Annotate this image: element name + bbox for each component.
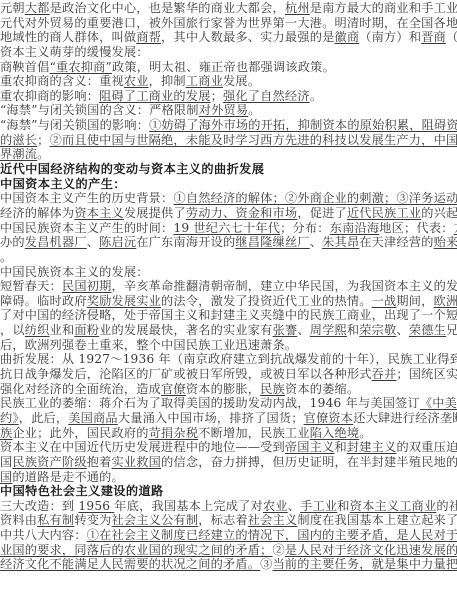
underlined-key-term: 官僚资本 <box>304 411 354 425</box>
text-line: 的滋长；②而且使中国与世隔绝，未能及时学习西方先进的科技以发展生产力，中国逐渐落… <box>0 133 457 148</box>
text-line: 元朝大都是政治文化中心，也是繁华的商业大都会，杭州是南方最大的商业和手工业中心，… <box>0 1 457 16</box>
text-line: “海禁”与闭关锁国的含义：严格限制对外贸易。 <box>0 103 457 118</box>
text-segment: 国 <box>0 455 12 469</box>
text-segment: 中共八大内容： <box>0 528 87 542</box>
underlined-key-term: ②而且使中国与世隔绝，未能及时学习西方先进的科技以发展生产力，中国逐渐落后 <box>50 133 457 147</box>
underlined-key-term: 手工业 <box>300 499 337 513</box>
text-line: 资本主义在中国近代历史发展进程中的地位——受到帝国主义和封建主义的双重压迫。作用… <box>0 440 457 455</box>
text-line: 经济的解体为资本主义发展提供了劳动力、资金和市场，促进了近代民族工业的兴起。 <box>0 206 457 221</box>
text-segment: 、 <box>297 323 309 337</box>
underlined-key-term: ①自然经济的解体；②外商企业的刺激；③洋务运动的诱导 <box>173 191 457 205</box>
text-segment: 中国民族资本主义的发展： <box>0 265 149 279</box>
text-line: 地域性的商人群体，叫做商帮，其中人数最多、实力最强的是徽商（南方）和晋商（北方）… <box>0 30 457 45</box>
underlined-key-term: 阻碍了工商业的发展 <box>99 89 211 103</box>
text-line: 国的道路是走不通的。 <box>0 470 457 485</box>
text-segment: （北方）。 <box>446 30 457 44</box>
text-segment: （南方）和 <box>359 30 421 44</box>
underlined-key-term: 《中美友好通商航 <box>420 396 457 410</box>
text-line: 约》，此后，美国商品大量涌入中国市场，排挤了国货；官僚资本还大肆进行经济垄断，残… <box>0 411 457 426</box>
text-segment: “海禁”与闭关锁国的影响： <box>0 118 149 132</box>
text-segment: 兄弟。一战 <box>446 323 457 337</box>
text-segment: 后，欧洲列强卷土重来，整个中国民族工业迅速萧条。 <box>0 338 297 352</box>
underlined-key-term: 继昌隆缫丝厂 <box>235 235 309 249</box>
underlined-key-term: 荣德生 <box>409 323 446 337</box>
underlined-key-term: “重农抑商” <box>50 60 112 74</box>
text-segment: 资本主义在中国近代历史发展进程中的地位——受到 <box>0 440 285 454</box>
text-segment: 。 <box>248 103 260 117</box>
underlined-key-term: 民族 <box>260 382 285 396</box>
text-segment: 是政治文化中心，也是繁华的商业大都会， <box>50 1 285 15</box>
text-line: 强化对经济的全面统治，造成官僚资本的膨胀，民族资本的萎缩。 <box>0 382 457 397</box>
underlined-key-term: 社会主义公有制 <box>112 513 199 527</box>
underlined-key-term: 农业 <box>263 499 288 513</box>
text-segment: 发展提供了 <box>124 206 186 220</box>
text-segment: 政策，明太祖、雍正帝也都强调该政策。 <box>112 60 335 74</box>
text-segment: 业的发展最快，著名的实业家有 <box>99 323 272 337</box>
text-segment: 重农抑商的含义：重视 <box>0 74 124 88</box>
text-segment: 抗日战争爆发后，沦陷区的厂矿或被日军所毁，或被日军以各种形式 <box>0 367 372 381</box>
underlined-key-term: 业国的要求，同落后的农业国的现实之间的矛盾； <box>0 543 273 557</box>
underlined-key-term: 大都 <box>25 1 50 15</box>
underlined-key-term: 私有制 <box>37 513 74 527</box>
text-line: 资料由私有制转变为社会主义公有制，标志着社会主义制度在我国基本上建立起来了。 <box>0 513 457 528</box>
text-segment: 资本的膨胀， <box>186 382 260 396</box>
text-segment: 企业；此外，国民政府的 <box>12 426 148 440</box>
text-segment: 元朝 <box>0 1 25 15</box>
text-segment: 的法令，激发了投资近代工业的热情。 <box>161 294 372 308</box>
underlined-key-term: 官僚 <box>161 382 186 396</box>
text-segment: 转变为 <box>74 513 111 527</box>
underlined-key-term: 一战 <box>372 294 397 308</box>
underlined-key-term: 陷入绝境 <box>310 426 360 440</box>
text-line: ，以纺织业和面粉业的发展最快，著名的实业家有张謇、周学熙和荣宗敬、荣德生兄弟。一… <box>0 323 457 338</box>
text-segment: 。 <box>0 250 12 264</box>
underlined-key-term: 商帮 <box>136 30 161 44</box>
text-segment: 和 <box>334 440 346 454</box>
text-line: 中国资本主义产生的历史背景：①自然经济的解体；②外商企业的刺激；③洋务运动的诱导… <box>0 191 457 206</box>
underlined-key-term: 欧洲 <box>434 294 457 308</box>
text-segment: ③ <box>260 557 272 571</box>
text-segment: 。 <box>359 426 371 440</box>
text-segment: 抱着 <box>87 455 112 469</box>
text-line: 重农抑商的影响：阻碍了工商业的发展；强化了自然经济。 <box>0 89 457 104</box>
text-line: 界潮流。 <box>0 147 457 162</box>
text-segment: 是南方最大的商业和手工业中心， <box>310 1 457 15</box>
text-segment: ； <box>37 133 49 147</box>
text-segment: 民族工业的萎缩：蒋介石为了取得美国的援助发动内战，1946 年与美国签订 <box>0 396 420 410</box>
text-segment: “海禁”与闭关锁国的含义：严格限制 <box>0 103 199 117</box>
text-segment: 曲折发展：从 1927～1936 年（南京政府建立到抗战爆发前的十年），民族工业… <box>0 352 457 366</box>
underlined-key-term: 东南沿海 <box>330 221 380 235</box>
text-segment: 经济的解体为 <box>0 206 74 220</box>
text-segment: 还大肆进行经济垄断，残酷挤 <box>353 411 457 425</box>
underlined-key-term: 面粉 <box>74 323 99 337</box>
text-segment: 期间， <box>396 294 433 308</box>
text-segment: ② <box>273 543 285 557</box>
underlined-key-term: 杭州 <box>285 1 310 15</box>
text-segment: ；分布： <box>280 221 330 235</box>
underlined-key-term: 的滋长 <box>0 133 37 147</box>
underlined-key-term: 实业救国 <box>112 455 162 469</box>
underlined-key-term: 苛捐杂税 <box>149 426 199 440</box>
text-segment: 发展。 <box>223 74 260 88</box>
underlined-key-term: 发昌机器厂 <box>25 235 87 249</box>
section-heading: 近代中国经济结构的变动与资本主义的曲折发展 <box>0 162 457 177</box>
text-segment: 强化对经济的全面统治，造成 <box>0 382 161 396</box>
text-line: “海禁”与闭关锁国的影响：①妨碍了海外市场的开拓，抑制资本的原始积累，阻碍资本主… <box>0 118 457 133</box>
text-line: 元代对外贸易的重要港口，被外国旅行家誉为世界第一大港。明清时期，在全国各地，涌现… <box>0 16 457 31</box>
underlined-key-term: 奖励发展实业 <box>87 294 161 308</box>
underlined-key-term: 对外贸易 <box>199 103 249 117</box>
text-line: 后，欧洲列强卷土重来，整个中国民族工业迅速萧条。 <box>0 338 457 353</box>
underlined-key-term: ①在社会主义制度已经建立的情况下，国内的主要矛盾，是人民对于建立先进 <box>87 528 457 542</box>
text-segment: ；国统区实施 <box>396 367 457 381</box>
text-segment: 的社会主义改造， <box>436 499 457 513</box>
underlined-key-term: 美国商品 <box>68 411 118 425</box>
text-segment: 中国资本主义产生的历史背景： <box>0 191 173 205</box>
text-segment: 和 <box>337 499 349 513</box>
underlined-key-term: 封建主义 <box>347 440 397 454</box>
text-segment: 。 <box>310 89 322 103</box>
text-segment: 的信念，奋力拼搏，但历史证明，在半封建半殖民地的中国， <box>161 455 457 469</box>
text-segment: ，辛亥革命推翻清朝帝制，建立中华民国，为我国资本主义的发展扫除了 <box>112 279 457 293</box>
text-segment: 中国资本主义的产生： <box>0 177 126 191</box>
underlined-key-term: 族 <box>0 426 12 440</box>
text-segment: 地区；代表： <box>379 221 453 235</box>
underlined-key-term: ①妨碍了海外市场的开拓，抑制资本的原始积累，阻碍资本主义 <box>149 118 457 132</box>
text-segment: 、 <box>396 323 408 337</box>
text-segment: 、 <box>87 235 99 249</box>
underlined-key-term: 荣宗敬 <box>359 323 396 337</box>
text-segment: 不断增加，民族工业 <box>198 426 310 440</box>
underlined-key-term: 徽商 <box>334 30 359 44</box>
text-segment: 资料由 <box>0 513 37 527</box>
underlined-key-term: 吞并 <box>372 367 397 381</box>
text-line: 短暂春天：民国初期，辛亥革命推翻清朝帝制，建立中华民国，为我国资本主义的发展扫除… <box>0 279 457 294</box>
text-segment: 的双重压迫。作用一 <box>396 440 457 454</box>
text-segment: 近代中国经济结构的变动与资本主义的曲折发展 <box>0 162 264 176</box>
text-line: 族企业；此外，国民政府的苛捐杂税不断增加，民族工业陷入绝境。 <box>0 426 457 441</box>
text-segment: 办的 <box>0 235 25 249</box>
underlined-key-term: 纺织 <box>25 323 50 337</box>
text-segment: 和 <box>347 323 359 337</box>
section-heading: 中国特色社会主义建设的道路 <box>0 484 457 499</box>
document-page: 元朝大都是政治文化中心，也是繁华的商业大都会，杭州是南方最大的商业和手工业中心，… <box>0 1 457 572</box>
text-segment: 的兴起。 <box>421 206 457 220</box>
underlined-key-term: 社会主义 <box>248 513 298 527</box>
underlined-key-term: 是人民对于经济文化迅速发展的需要，同 <box>285 543 457 557</box>
underlined-key-term: 民国初期 <box>62 279 112 293</box>
underlined-key-term: 19 世纪六七十年代 <box>173 221 280 235</box>
text-segment: 、 <box>310 235 322 249</box>
underlined-key-term: 劳动力、资金和市场 <box>186 206 298 220</box>
text-segment: 中国特色社会主义建设的道路 <box>0 484 164 498</box>
text-line: 办的发昌机器厂、陈启沅在广东南海开设的继昌隆缫丝厂、朱其昂在天津经营的贻来牟机器… <box>0 235 457 250</box>
underlined-key-term: 帝国主义 <box>285 440 335 454</box>
text-line: 国民族资产阶级抱着实业救国的信念，奋力拼搏，但历史证明，在半封建半殖民地的中国，… <box>0 455 457 470</box>
underlined-key-term: 国 <box>0 470 12 484</box>
underlined-key-term: 资本主义 <box>74 206 124 220</box>
text-segment: 制度在我国基本上建立起来了。 <box>297 513 457 527</box>
text-line: 重农抑商的含义：重视农业，抑制工商业发展。 <box>0 74 457 89</box>
text-segment: 三大改造：到 <box>0 499 78 513</box>
text-segment: 商鞅首倡 <box>0 60 50 74</box>
text-segment: 在天津经营的 <box>359 235 433 249</box>
underlined-key-term: 张謇 <box>273 323 298 337</box>
underlined-key-term: 资本主义工商业 <box>350 499 437 513</box>
underlined-key-term: 农业 <box>124 74 149 88</box>
text-segment: 业和 <box>50 323 75 337</box>
text-line: 经济文化不能满足人民需要的状况之间的矛盾。③当前的主要任务，就是集中力量把我国尽… <box>0 557 457 572</box>
underlined-key-term: 贻来牟机器磨 <box>434 235 457 249</box>
underlined-key-term: 界潮流 <box>0 147 37 161</box>
text-line: 抗日战争爆发后，沦陷区的厂矿或被日军所毁，或被日军以各种形式吞并；国统区实施战时… <box>0 367 457 382</box>
underlined-key-term: 工商业 <box>186 74 223 88</box>
text-segment: ，以 <box>0 323 25 337</box>
underlined-key-term: 方举赞 <box>454 221 457 235</box>
text-segment: 元代对外贸易的重要港口，被外国旅行家誉为世界第一大港。明清时期，在全国各地，涌现… <box>0 16 457 30</box>
text-segment: ，此后， <box>19 411 69 425</box>
underlined-key-term: 民族资产阶级 <box>12 455 86 469</box>
underlined-key-term: 朱其昂 <box>322 235 359 249</box>
underlined-key-term: 约》 <box>0 411 19 425</box>
text-line: 中国民族资本主义产生的时间：19 世纪六七十年代；分布：东南沿海地区；代表：方举… <box>0 221 457 236</box>
text-line: 民族工业的萎缩：蒋介石为了取得美国的援助发动内战，1946 年与美国签订《中美友… <box>0 396 457 411</box>
text-segment: 中国民族资本主义产生的时间： <box>0 221 173 235</box>
text-segment: 重农抑商的影响： <box>0 89 99 103</box>
underlined-key-term: 经济文化不能满足人民需要的状况之间的矛盾。 <box>0 557 260 571</box>
text-line: 曲折发展：从 1927～1936 年（南京政府建立到抗战爆发前的十年），民族工业… <box>0 352 457 367</box>
text-segment: 了对中国的经济侵略，处于帝国主义和封建主义夹缝中的民族工商业，出现了一个短暂的春… <box>0 308 457 322</box>
text-line: 三大改造：到 1956 年底，我国基本上完成了对农业、手工业和资本主义工商业的社… <box>0 499 457 514</box>
text-line: 。 <box>0 250 457 265</box>
text-segment: 。 <box>37 147 49 161</box>
text-segment: 短暂春天： <box>0 279 62 293</box>
text-segment: ，标志着 <box>198 513 248 527</box>
underlined-key-term: 1956 <box>78 499 114 513</box>
text-line: 了对中国的经济侵略，处于帝国主义和封建主义夹缝中的民族工商业，出现了一个短暂的春… <box>0 308 457 323</box>
text-line: 中国民族资本主义的发展： <box>0 265 457 280</box>
text-line: 障碍。临时政府奖励发展实业的法令，激发了投资近代工业的热情。一战期间，欧洲列强暂… <box>0 294 457 309</box>
text-line: 资本主义萌芽的缓慢发展： <box>0 45 457 60</box>
text-segment: 年底，我国基本上完成了对 <box>114 499 263 513</box>
underlined-key-term: 陈启沅 <box>99 235 136 249</box>
underlined-key-term: 强化了自然经济 <box>223 89 310 103</box>
underlined-key-term: 近代民族工业 <box>347 206 421 220</box>
text-segment: ，其中人数最多、实力最强的是 <box>161 30 334 44</box>
text-segment: 资本的萎缩。 <box>285 382 359 396</box>
underlined-key-term: 当前的主要任务，就是集中力量把我国尽快 <box>273 557 457 571</box>
text-line: 中共八大内容：①在社会主义制度已经建立的情况下，国内的主要矛盾，是人民对于建立先… <box>0 528 457 543</box>
text-segment: ，抑制 <box>149 74 186 88</box>
text-segment: 地域性的商人群体，叫做 <box>0 30 136 44</box>
underlined-key-term: 晋商 <box>421 30 446 44</box>
text-segment: 大量涌入中国市场，排挤了国货； <box>118 411 304 425</box>
text-segment: 、 <box>288 499 300 513</box>
text-segment: 的道路是走不通的。 <box>12 470 124 484</box>
text-segment: ； <box>211 89 223 103</box>
text-line: 商鞅首倡“重农抑商”政策，明太祖、雍正帝也都强调该政策。 <box>0 60 457 75</box>
text-segment: 资本主义萌芽的缓慢发展： <box>0 45 149 59</box>
section-heading: 中国资本主义的产生： <box>0 177 457 192</box>
text-segment: ，促进了 <box>297 206 347 220</box>
text-segment: 在广东南海开设的 <box>136 235 235 249</box>
text-line: 业国的要求，同落后的农业国的现实之间的矛盾；②是人民对于经济文化迅速发展的需要，… <box>0 543 457 558</box>
underlined-key-term: 周学熙 <box>310 323 347 337</box>
text-segment: 障碍。临时政府 <box>0 294 87 308</box>
